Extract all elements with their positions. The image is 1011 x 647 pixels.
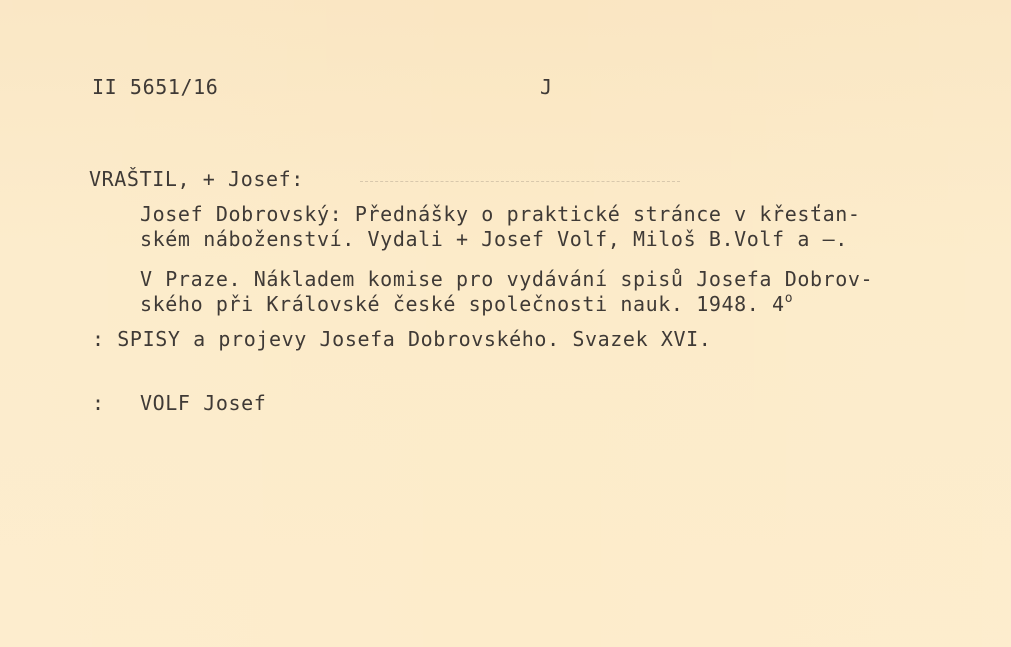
added-entry: :VOLF Josef [92, 392, 266, 414]
added-entry-name: VOLF Josef [140, 391, 266, 415]
title-line-1: Josef Dobrovský: Přednášky o praktické s… [140, 203, 861, 225]
imprint-line-2: ského při Královské české společnosti na… [140, 293, 793, 319]
imprint-line-2-text: ského při Královské české společnosti na… [140, 292, 785, 316]
shelf-mark: II 5651/16 [92, 76, 218, 98]
faint-erased-marks [360, 181, 680, 183]
added-entry-marker: : [92, 392, 140, 414]
letter-code: J [540, 76, 553, 98]
series-entry: : SPISY a projevy Josefa Dobrovského. Sv… [92, 328, 711, 350]
imprint-line-1: V Praze. Nákladem komise pro vydávání sp… [140, 268, 873, 290]
format-superscript: o [785, 291, 793, 306]
title-line-2: ském náboženství. Vydali + Josef Volf, M… [140, 228, 848, 250]
catalog-card: II 5651/16 J VRAŠTIL, + Josef: Josef Dob… [0, 0, 1011, 647]
author-heading: VRAŠTIL, + Josef: [89, 168, 304, 190]
